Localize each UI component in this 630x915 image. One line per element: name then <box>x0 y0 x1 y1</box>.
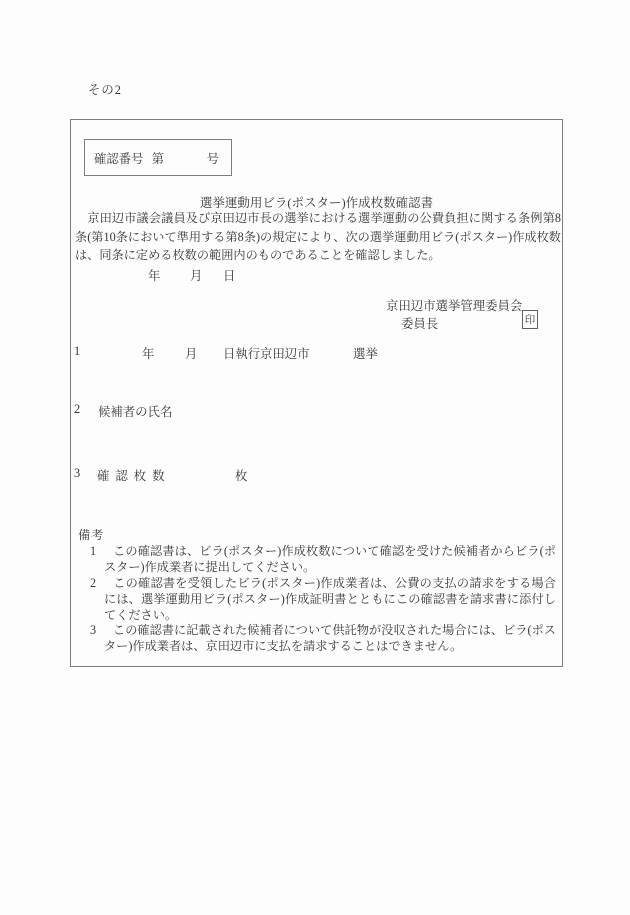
remark-note-3-number: 3 <box>90 623 113 639</box>
remark-note-2-text: この確認書を受領したビラ(ポスター)作成業者は、公費の支払の請求をする場合には、… <box>104 576 556 622</box>
remark-note-1-text: この確認書は、ビラ(ポスター)作成枚数について確認を受けた候補者からビラ(ポスタ… <box>104 544 556 574</box>
form-variant-label: その2 <box>88 80 122 98</box>
document-page: その2 確認番号 第 号 選挙運動用ビラ(ポスター)作成枚数確認書 京田辺市議会… <box>0 0 630 915</box>
date-year-label: 年 <box>148 266 160 284</box>
seal-mark: 印 <box>525 312 536 327</box>
confirmation-number-prefix: 第 <box>152 149 164 167</box>
body-paragraph: 京田辺市議会議員及び京田辺市長の選挙における選挙運動の公費負担に関する条例第8条… <box>75 209 561 265</box>
remark-note-1-number: 1 <box>90 544 113 560</box>
confirmation-number-suffix: 号 <box>207 149 219 167</box>
issuer-chairperson-label: 委員長 <box>401 314 438 332</box>
remark-note-2: 2この確認書を受領したビラ(ポスター)作成業者は、公費の支払の請求をする場合には… <box>78 576 556 624</box>
date-month-label: 月 <box>190 266 202 284</box>
item-confirmed-count-line: 3 確認枚数 枚 <box>71 466 562 482</box>
date-day-label: 日 <box>223 266 235 284</box>
confirmation-number-box: 確認番号 第 号 <box>84 139 232 176</box>
form-border-box: 確認番号 第 号 選挙運動用ビラ(ポスター)作成枚数確認書 京田辺市議会議員及び… <box>70 119 563 667</box>
item2-number: 2 <box>74 402 80 417</box>
remark-note-3-text: この確認書に記載された候補者について供託物が没収された場合には、ビラ(ポスター)… <box>104 623 556 653</box>
confirmation-number-label: 確認番号 <box>94 149 144 167</box>
remarks-heading: 備考 <box>78 528 556 544</box>
remark-note-3: 3この確認書に記載された候補者について供託物が没収された場合には、ビラ(ポスター… <box>78 623 556 655</box>
item2-label: 候補者の氏名 <box>98 402 172 420</box>
item1-city-label: 京田辺市 <box>260 344 310 362</box>
item1-number: 1 <box>74 344 80 359</box>
remark-note-1: 1この確認書は、ビラ(ポスター)作成枚数について確認を受けた候補者からビラ(ポス… <box>78 544 556 576</box>
remarks-section: 備考 1この確認書は、ビラ(ポスター)作成枚数について確認を受けた候補者からビラ… <box>78 528 556 655</box>
remark-note-2-number: 2 <box>90 576 113 592</box>
item3-number: 3 <box>74 466 80 481</box>
item-candidate-name-line: 2 候補者の氏名 <box>71 402 562 418</box>
item1-election-label: 選挙 <box>353 344 378 362</box>
issuer-organization: 京田辺市選挙管理委員会 <box>386 296 522 314</box>
item1-day-executed-label: 日執行 <box>223 344 260 362</box>
item3-label: 確認枚数 <box>97 466 171 484</box>
issue-date-line: 年 月 日 <box>71 266 562 282</box>
item1-month-label: 月 <box>185 344 197 362</box>
item3-unit-label: 枚 <box>235 466 247 484</box>
item-election-date-line: 1 年 月 日執行 京田辺市 選挙 <box>71 344 562 360</box>
seal-box: 印 <box>522 310 538 329</box>
item1-year-label: 年 <box>142 344 154 362</box>
